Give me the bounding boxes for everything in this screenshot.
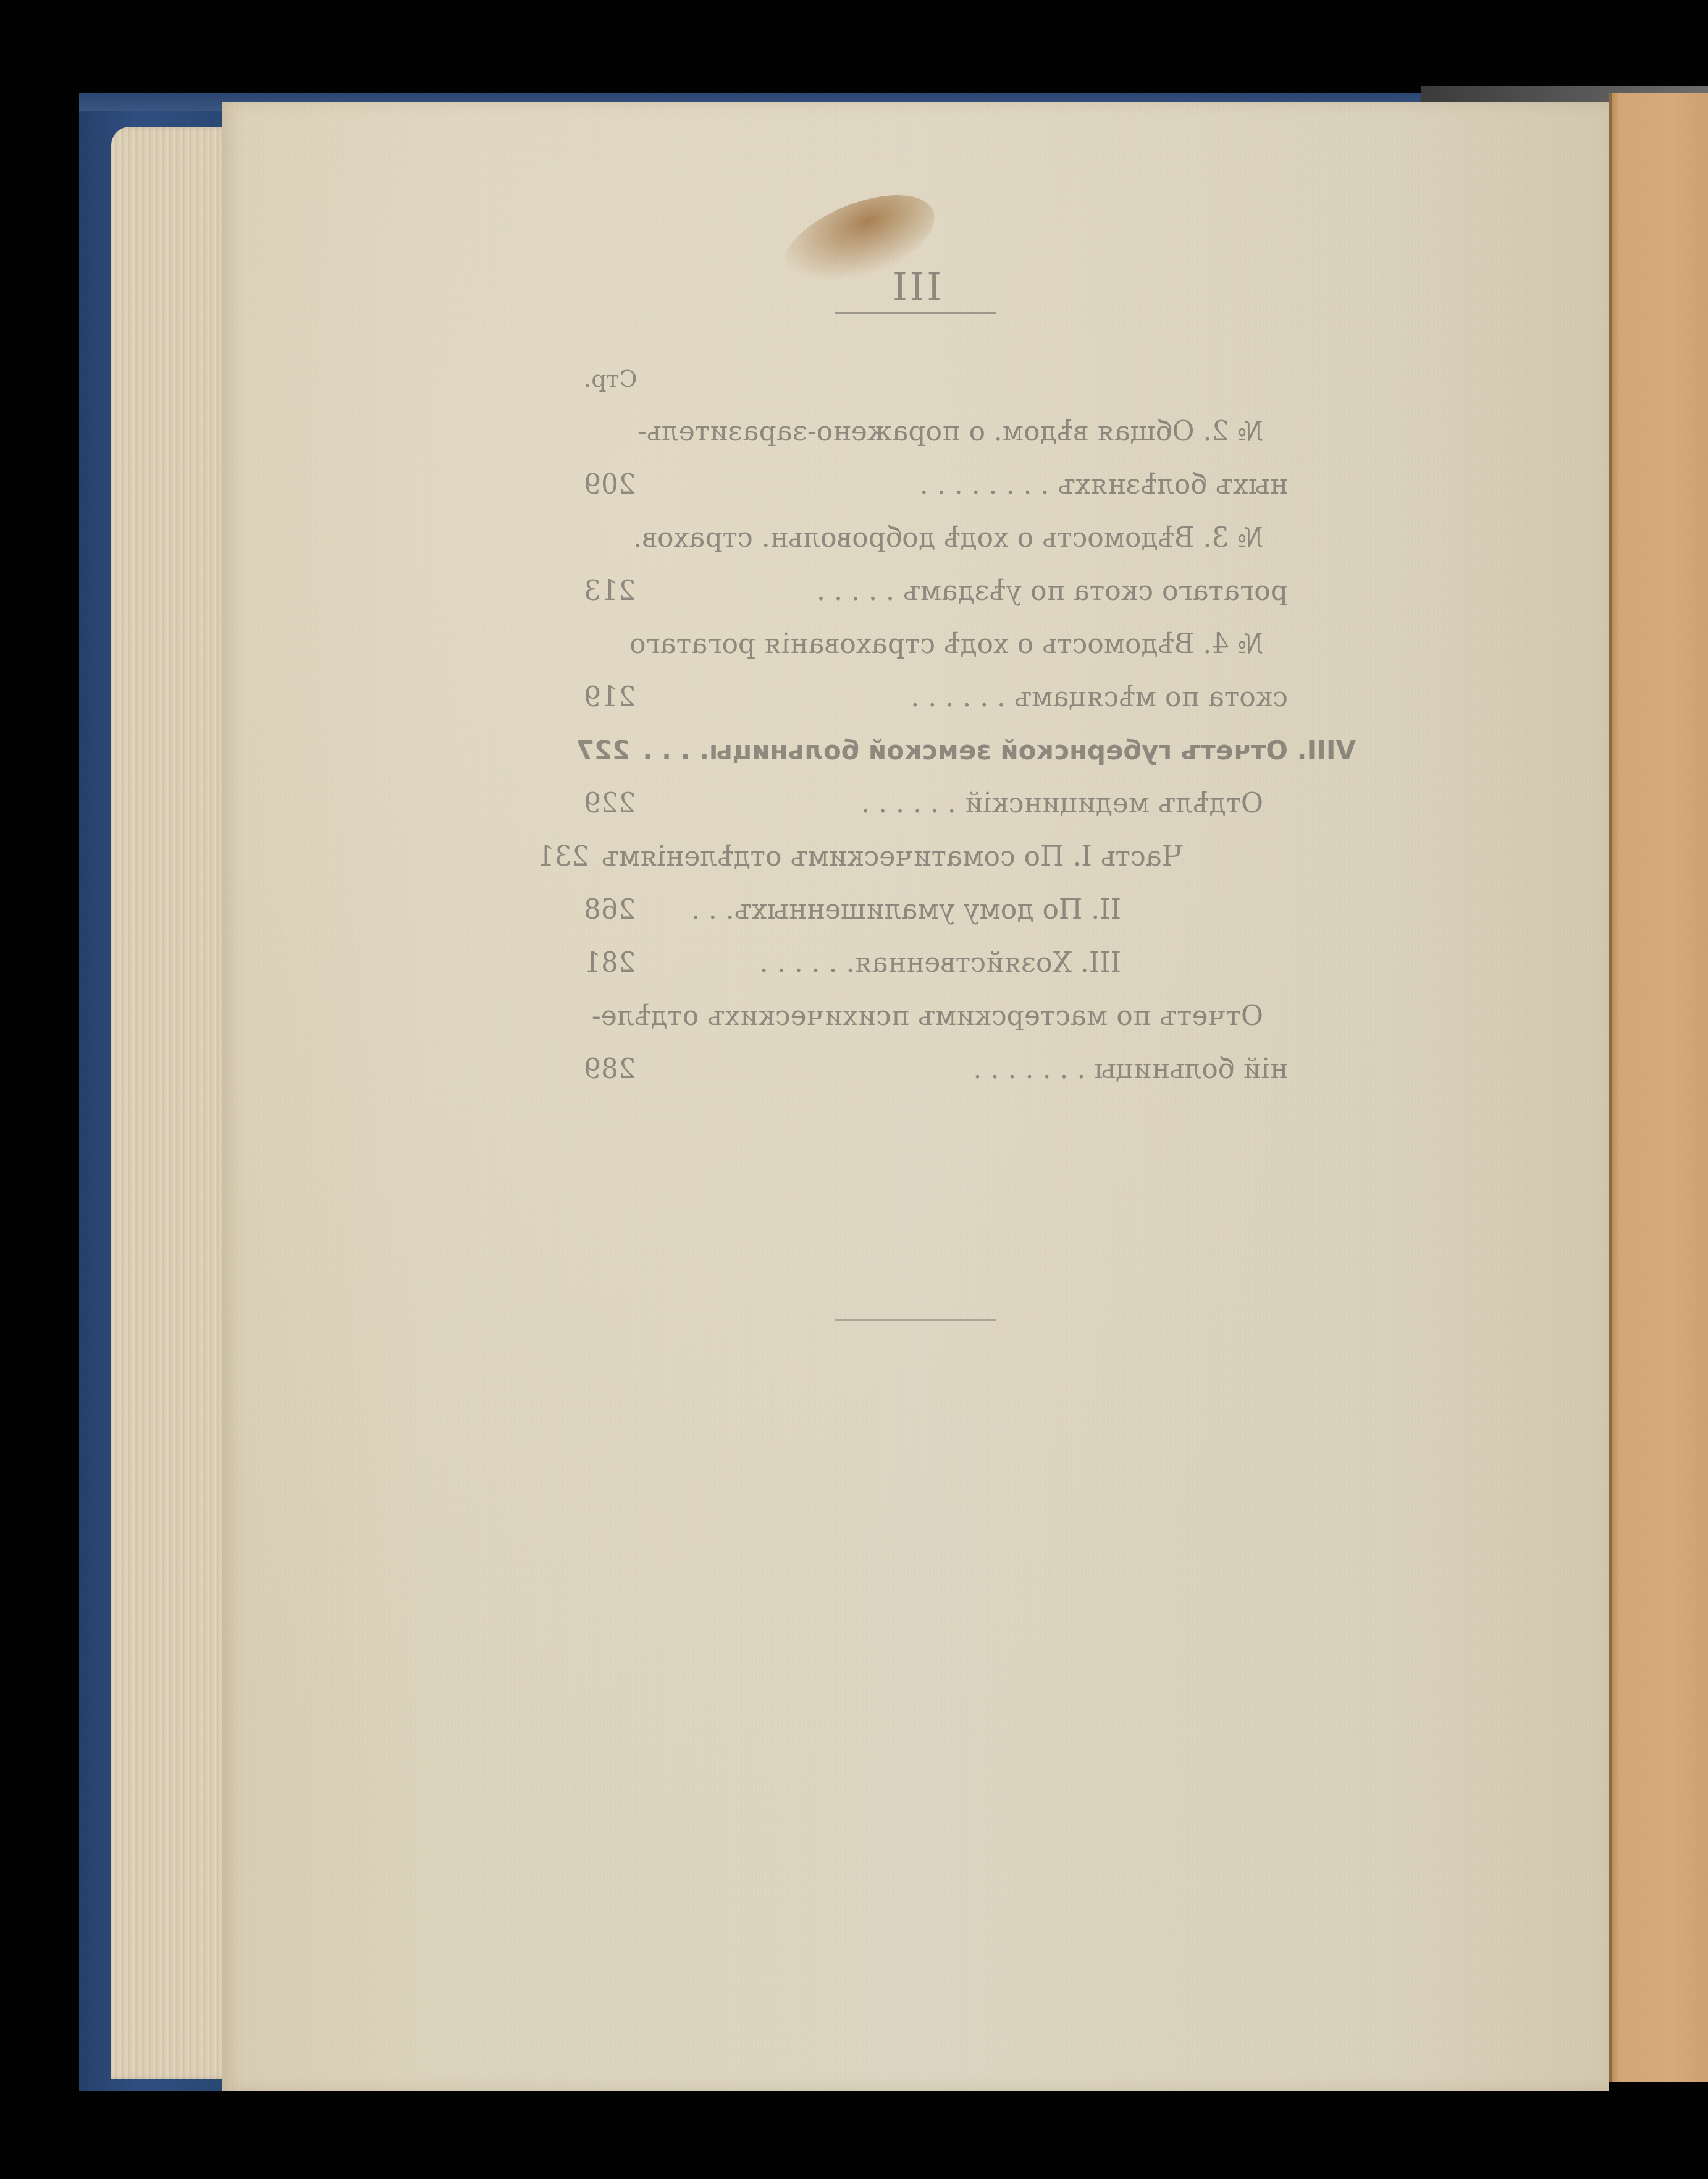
toc-page: 289 xyxy=(584,1043,636,1096)
separator-rule xyxy=(836,1319,996,1321)
toc-line: Отдѣлъ медицинскій . . . . . . 229 xyxy=(584,777,1288,830)
toc-line: Часть I. По соматическимъ отдѣленіямъ 23… xyxy=(584,830,1288,883)
toc-label: рогатаго скота по уѣздамъ . . . . . xyxy=(817,565,1288,618)
header-rule xyxy=(836,312,996,314)
page-number: III xyxy=(222,266,1609,309)
toc-line: ній больницы . . . . . . . 289 xyxy=(584,1043,1288,1096)
toc-label: скота по мѣсяцамъ . . . . . . xyxy=(911,671,1288,724)
toc-line: Отчетъ по мастерскимъ психическихъ отдѣл… xyxy=(584,990,1288,1043)
toc-line: ныхъ болѣзняхъ . . . . . . . . 209 xyxy=(584,458,1288,512)
toc-line: рогатаго скота по уѣздамъ . . . . . 213 xyxy=(584,565,1288,618)
toc-page: 213 xyxy=(584,565,636,618)
toc-page: 219 xyxy=(584,671,636,724)
page-column-label: Стр. xyxy=(584,352,1288,405)
toc-page: 227 xyxy=(576,724,631,777)
toc-label: Часть I. По соматическимъ отдѣленіямъ xyxy=(602,830,1183,883)
toc-label: № 3. Вѣдомость о ходѣ добровольн. страхо… xyxy=(633,512,1263,565)
toc-page: 229 xyxy=(584,777,636,830)
toc-page: 268 xyxy=(584,883,636,937)
toc-label: ній больницы . . . . . . . xyxy=(974,1043,1288,1096)
toc-label: № 2. Общая вѣдом. о поражено-заразитель- xyxy=(637,405,1263,458)
toc-label: ныхъ болѣзняхъ . . . . . . . . xyxy=(920,458,1288,512)
toc-label: № 4. Вѣдомость о ходѣ страхованія рогата… xyxy=(629,618,1263,671)
table-of-contents: Стр. № 2. Общая вѣдом. о поражено-зарази… xyxy=(584,352,1288,1096)
toc-line: II. По дому умалишенныхъ. . . 268 xyxy=(584,883,1288,937)
toc-page: 209 xyxy=(584,458,636,512)
page-edges xyxy=(111,127,229,2079)
scan-bottom-background xyxy=(0,2091,1708,2179)
toc-section-heading: VIII. Отчетъ губернской земской больницы… xyxy=(584,724,1356,777)
right-book-edge xyxy=(1609,93,1708,2082)
toc-line: III. Хозяйственная. . . . . . 281 xyxy=(584,937,1288,990)
toc-line: № 2. Общая вѣдом. о поражено-заразитель- xyxy=(584,405,1288,458)
toc-label: Отдѣлъ медицинскій . . . . . . xyxy=(861,777,1263,830)
toc-line: № 3. Вѣдомость о ходѣ добровольн. страхо… xyxy=(584,512,1288,565)
toc-label: II. По дому умалишенныхъ. . . xyxy=(691,883,1121,937)
toc-page: 231 xyxy=(537,830,589,883)
toc-label: VIII. Отчетъ губернской земской больницы… xyxy=(642,724,1356,777)
show-through-text: III Стр. № 2. Общая вѣдом. о поражено-за… xyxy=(222,102,1609,2091)
toc-line: скота по мѣсяцамъ . . . . . . 219 xyxy=(584,671,1288,724)
toc-label: Отчетъ по мастерскимъ психическихъ отдѣл… xyxy=(592,990,1263,1043)
toc-page: 281 xyxy=(584,937,636,990)
toc-line: № 4. Вѣдомость о ходѣ страхованія рогата… xyxy=(584,618,1288,671)
toc-label: III. Хозяйственная. . . . . . xyxy=(760,937,1121,990)
